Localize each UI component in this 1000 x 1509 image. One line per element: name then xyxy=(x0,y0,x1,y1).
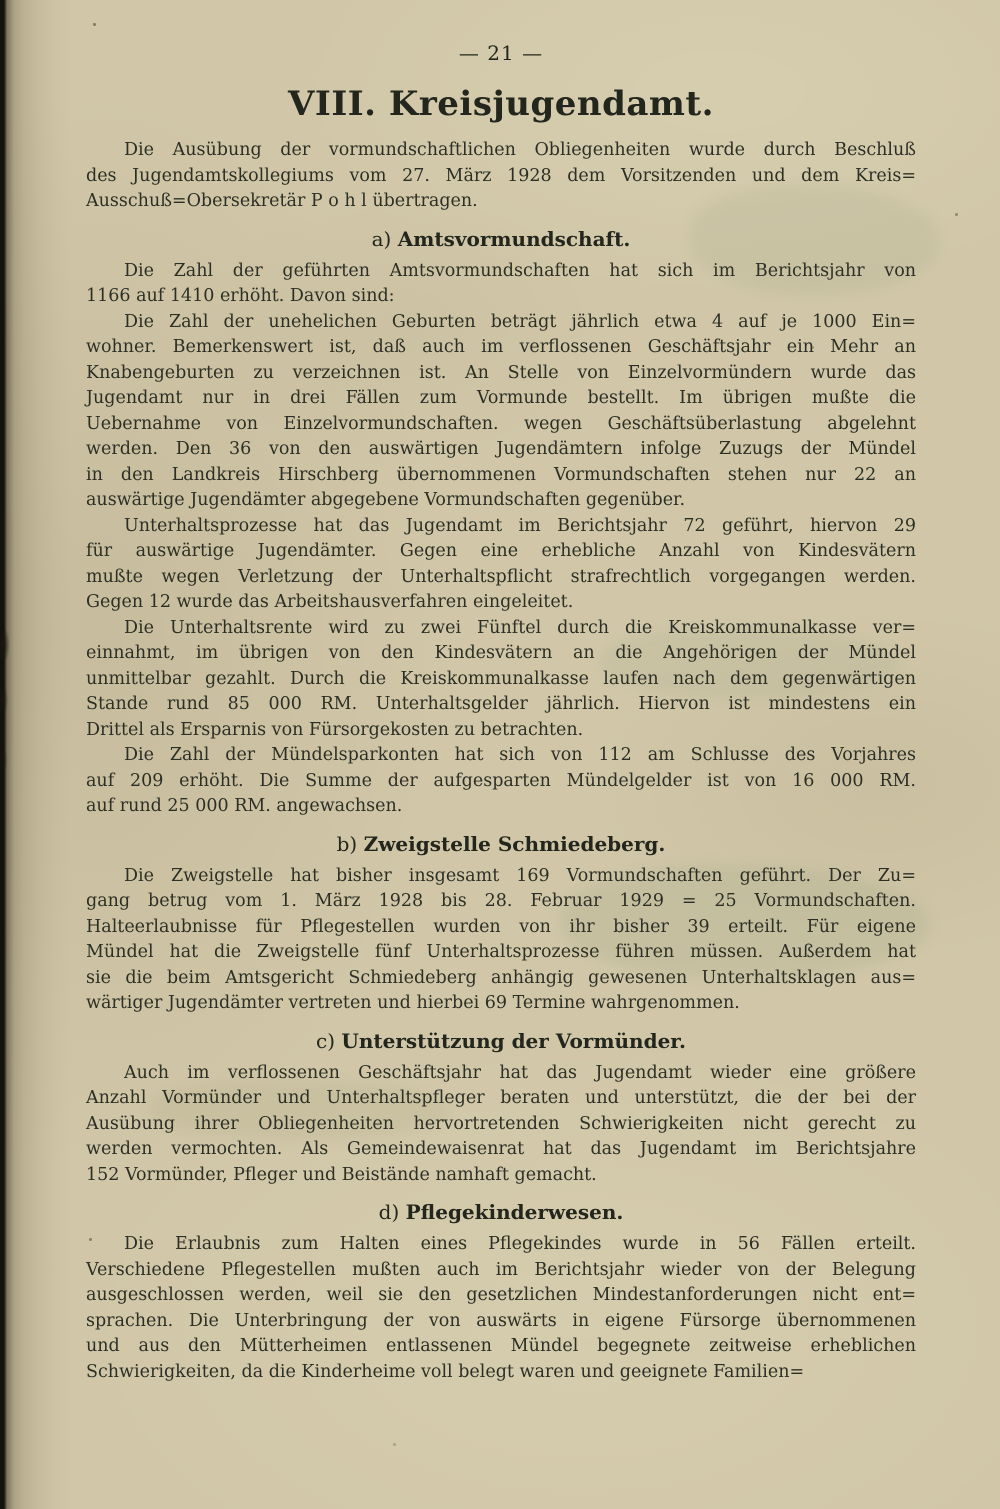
section-heading-prefix: c) xyxy=(316,1029,341,1053)
text-line: des Jugendamtskollegiums vom 27. März 19… xyxy=(86,164,916,190)
page-binding-edge-shadow xyxy=(0,0,72,1509)
text-line: Uebernahme von Einzelvormundschaften. we… xyxy=(86,412,916,438)
section-heading-prefix: b) xyxy=(337,832,364,856)
text-line: Drittel als Ersparnis von Fürsorgekosten… xyxy=(86,718,916,744)
text-line: und aus den Mütterheimen entlassenen Mün… xyxy=(86,1334,916,1360)
text-line: Die Unterhaltsrente wird zu zwei Fünftel… xyxy=(86,616,916,642)
page-title: VIII. Kreisjugendamt. xyxy=(86,82,916,126)
text-line: Schwierigkeiten, da die Kinderheime voll… xyxy=(86,1360,916,1386)
text-line: Die Zahl der Mündelsparkonten hat sich v… xyxy=(86,743,916,769)
paragraph: Die Zweigstelle hat bisher insgesamt 169… xyxy=(86,864,916,1017)
text-line: wärtiger Jugendämter vertreten und hierb… xyxy=(86,991,916,1017)
text-line: Die Ausübung der vormundschaftlichen Obl… xyxy=(86,138,916,164)
text-line: 1166 auf 1410 erhöht. Davon sind: xyxy=(86,284,916,310)
text-line: Gegen 12 wurde das Arbeitshausverfahren … xyxy=(86,590,916,616)
text-line: Verschiedene Pflegestellen mußten auch i… xyxy=(86,1258,916,1284)
text-line: Jugendamt nur in drei Fällen zum Vormund… xyxy=(86,386,916,412)
paragraph: Unterhaltsprozesse hat das Jugendamt im … xyxy=(86,514,916,616)
text-line: auf 209 erhöht. Die Summe der aufgespart… xyxy=(86,769,916,795)
paragraph: Auch im verflossenen Geschäftsjahr hat d… xyxy=(86,1061,916,1189)
text-line: gang betrug vom 1. März 1928 bis 28. Feb… xyxy=(86,889,916,915)
text-line: Mündel hat die Zweigstelle fünf Unterhal… xyxy=(86,940,916,966)
text-line: auf rund 25 000 RM. angewachsen. xyxy=(86,794,916,820)
text-line: einnahmt, im übrigen von den Kindesväter… xyxy=(86,641,916,667)
text-line: Die Zahl der unehelichen Geburten beträg… xyxy=(86,310,916,336)
text-line: auswärtige Jugendämter abgegebene Vormun… xyxy=(86,488,916,514)
text-line: Die Erlaubnis zum Halten eines Pflegekin… xyxy=(86,1232,916,1258)
paragraph: Die Zahl der geführten Amtsvormundschaft… xyxy=(86,259,916,310)
section-heading-label: Unterstützung der Vormünder. xyxy=(341,1029,686,1053)
text-line: Unterhaltsprozesse hat das Jugendamt im … xyxy=(86,514,916,540)
paper-speck xyxy=(93,23,96,26)
page-content: — 21 — VIII. Kreisjugendamt. Die Ausübun… xyxy=(86,34,916,1385)
text-line: Auch im verflossenen Geschäftsjahr hat d… xyxy=(86,1061,916,1087)
text-line: in den Landkreis Hirschberg übernommenen… xyxy=(86,463,916,489)
section-heading: b) Zweigstelle Schmiedeberg. xyxy=(86,831,916,857)
text-line: werden vermochten. Als Gemeindewaisenrat… xyxy=(86,1137,916,1163)
paragraph: Die Unterhaltsrente wird zu zwei Fünftel… xyxy=(86,616,916,744)
text-line: Stande rund 85 000 RM. Unterhaltsgelder … xyxy=(86,692,916,718)
text-line: sprachen. Die Unterbringung der von ausw… xyxy=(86,1309,916,1335)
text-line: ausgeschlossen werden, weil sie den gese… xyxy=(86,1283,916,1309)
text-line: Ausübung ihrer Obliegenheiten hervortret… xyxy=(86,1112,916,1138)
text-line: unmittelbar gezahlt. Durch die Kreiskomm… xyxy=(86,667,916,693)
text-line: Anzahl Vormünder und Unterhaltspfleger b… xyxy=(86,1086,916,1112)
text-line: werden. Den 36 von den auswärtigen Jugen… xyxy=(86,437,916,463)
section-heading: c) Unterstützung der Vormünder. xyxy=(86,1028,916,1054)
sections: a) Amtsvormundschaft.Die Zahl der geführ… xyxy=(86,226,916,1386)
page-number: — 21 — xyxy=(86,40,916,66)
section-heading-prefix: d) xyxy=(379,1200,406,1224)
section-heading: d) Pflegekinderwesen. xyxy=(86,1199,916,1225)
section-heading-label: Zweigstelle Schmiedeberg. xyxy=(364,832,666,856)
text-line: Ausschuß=Obersekretär P o h l übertragen… xyxy=(86,189,916,215)
paragraph: Die Zahl der unehelichen Geburten beträg… xyxy=(86,310,916,514)
text-line: 152 Vormünder, Pfleger und Beistände nam… xyxy=(86,1163,916,1189)
text-line: für auswärtige Jugendämter. Gegen eine e… xyxy=(86,539,916,565)
section-heading-prefix: a) xyxy=(372,227,398,251)
text-line: Die Zweigstelle hat bisher insgesamt 169… xyxy=(86,864,916,890)
text-line: Halteerlaubnisse für Pflegestellen wurde… xyxy=(86,915,916,941)
scanned-document-page: — 21 — VIII. Kreisjugendamt. Die Ausübun… xyxy=(0,0,1000,1509)
text-line: sie die beim Amtsgericht Schmiedeberg an… xyxy=(86,966,916,992)
paragraph: Die Zahl der Mündelsparkonten hat sich v… xyxy=(86,743,916,820)
text-line: Die Zahl der geführten Amtsvormundschaft… xyxy=(86,259,916,285)
text-line: mußte wegen Verletzung der Unterhaltspfl… xyxy=(86,565,916,591)
text-line: Knabengeburten zu verzeichnen ist. An St… xyxy=(86,361,916,387)
section-heading-label: Pflegekinderwesen. xyxy=(406,1200,624,1224)
paragraph: Die Erlaubnis zum Halten eines Pflegekin… xyxy=(86,1232,916,1385)
intro-paragraph: Die Ausübung der vormundschaftlichen Obl… xyxy=(86,138,916,215)
section-heading-label: Amtsvormundschaft. xyxy=(398,227,631,251)
section-heading: a) Amtsvormundschaft. xyxy=(86,226,916,252)
text-line: wohner. Bemerkenswert ist, daß auch im v… xyxy=(86,335,916,361)
